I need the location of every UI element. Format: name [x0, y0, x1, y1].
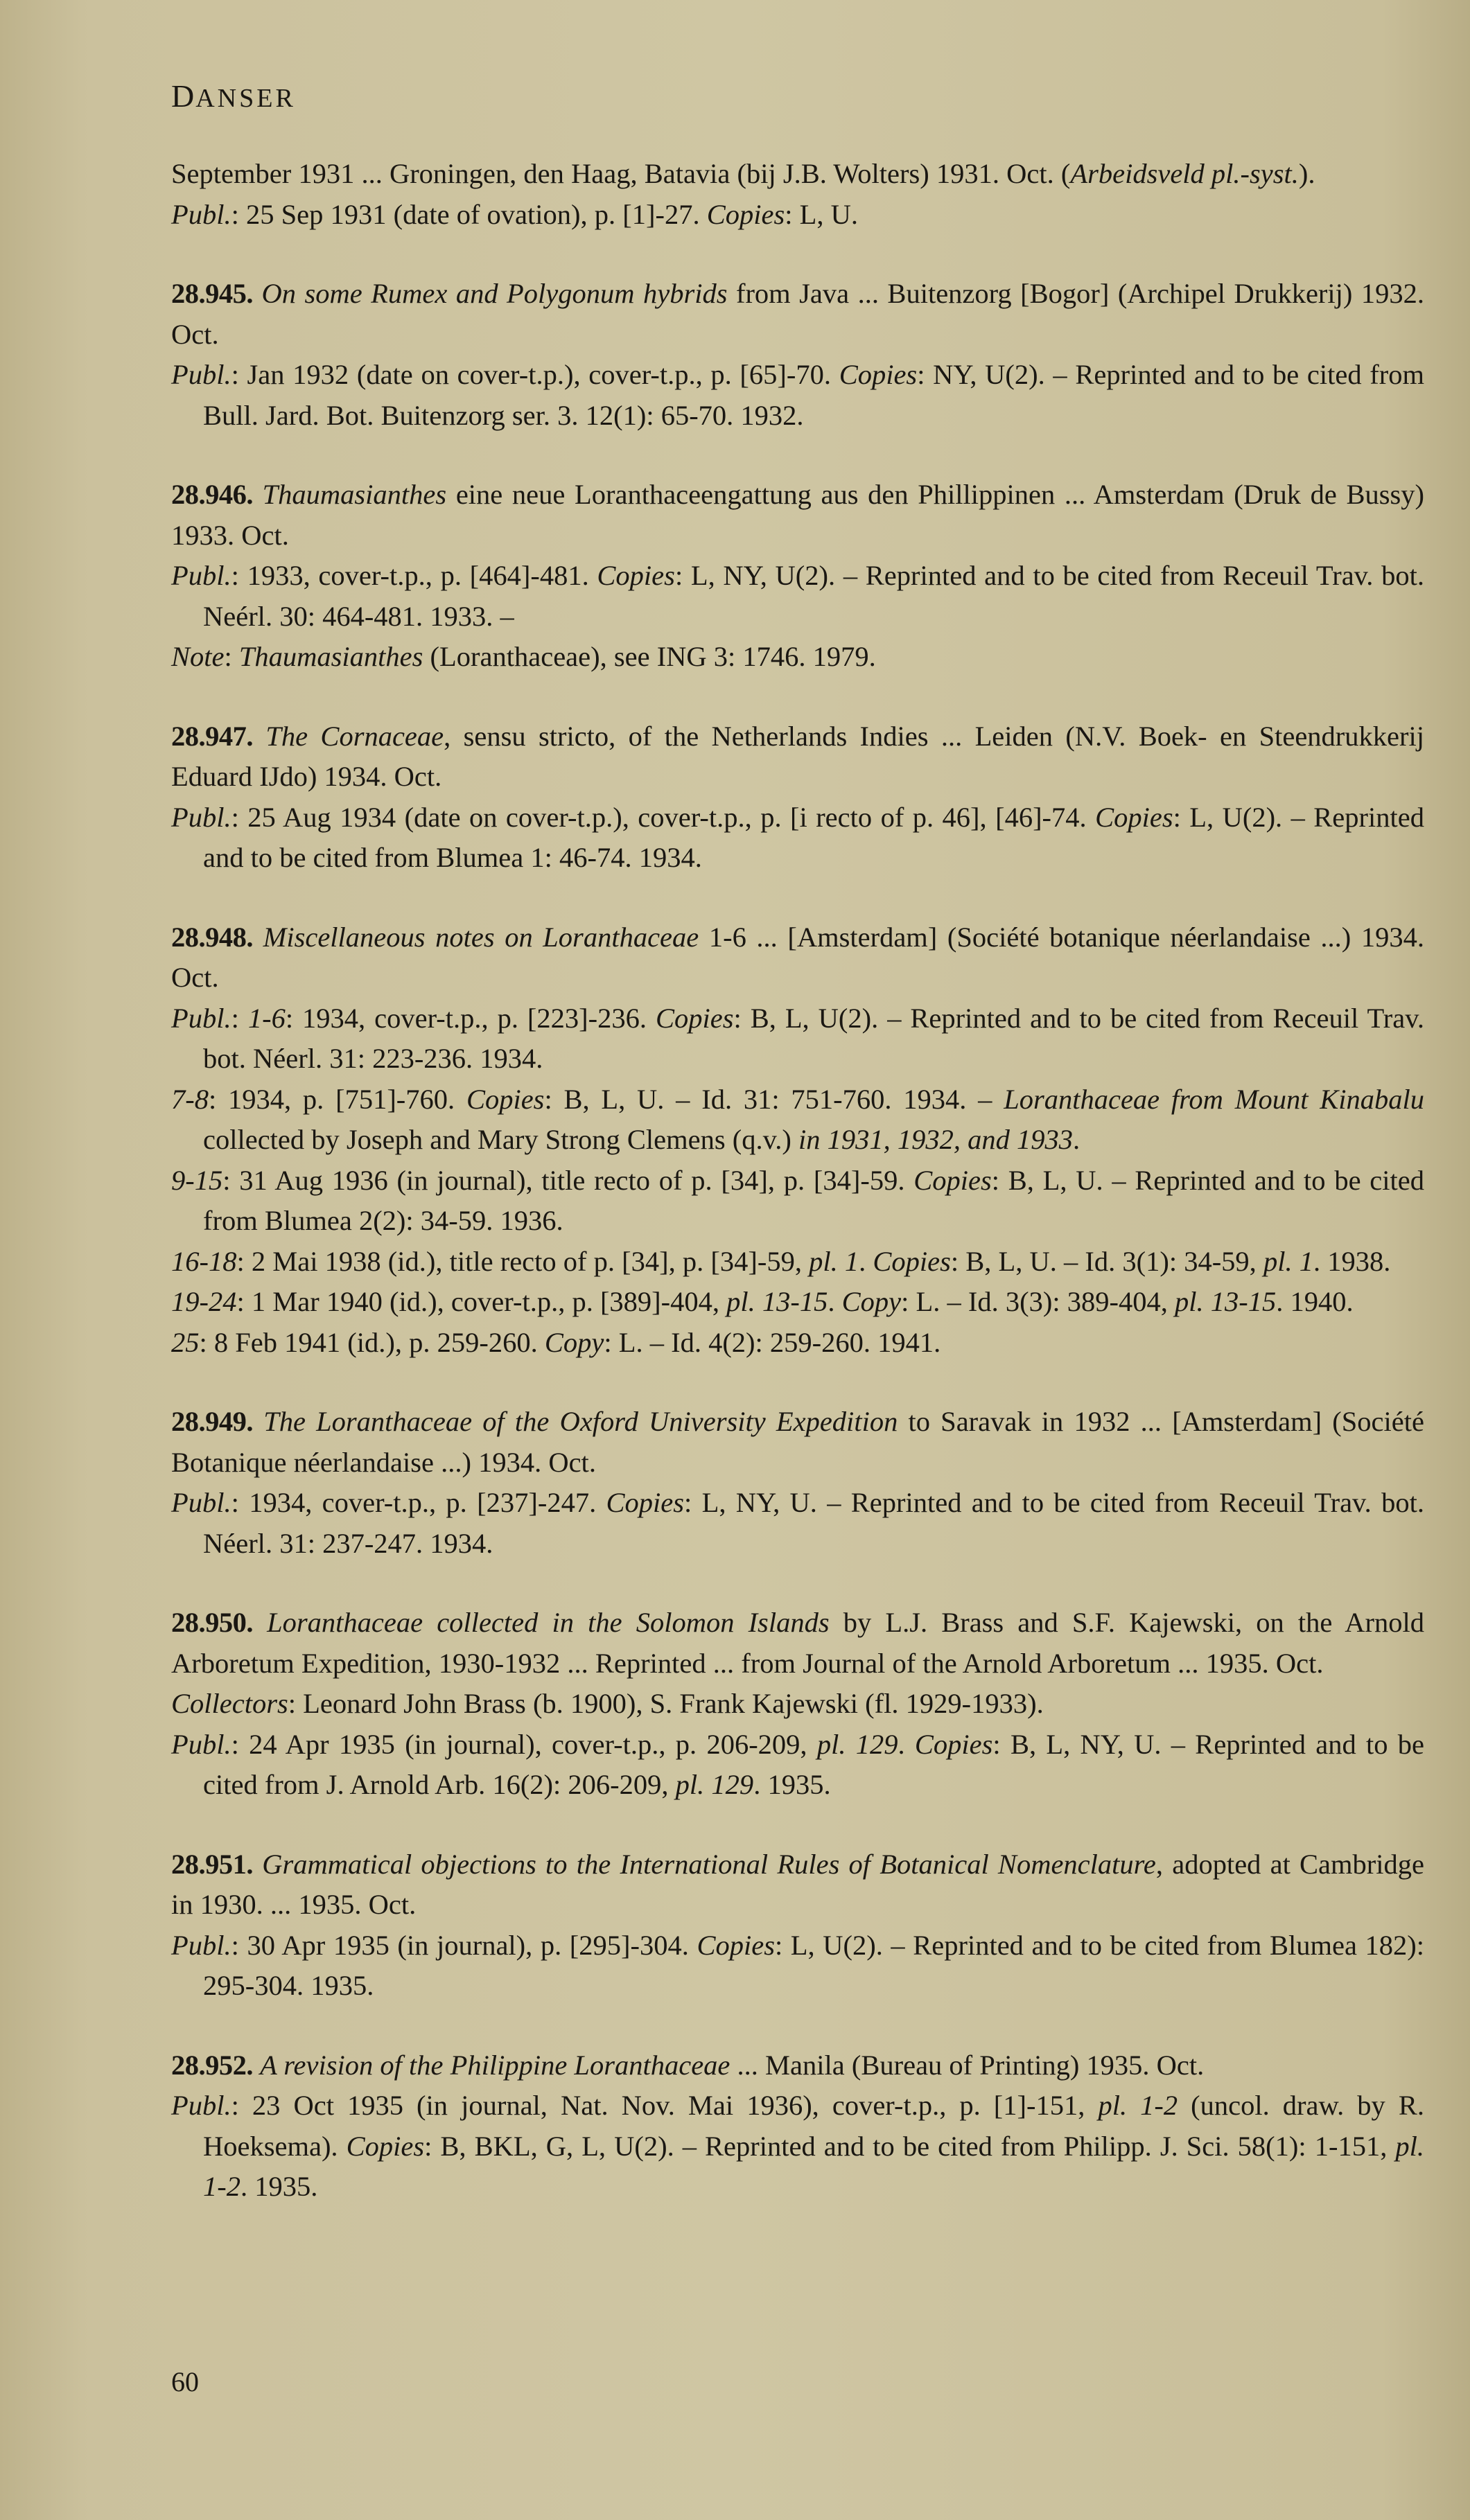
part-line-9-15: 9-15: 31 Aug 1936 (in journal), title re… [171, 1161, 1424, 1242]
entry-title: 28.945. On some Rumex and Polygonum hybr… [171, 274, 1424, 355]
entry-number: 28.950. [171, 1607, 253, 1638]
entry-28-946: 28.946. Thaumasianthes eine neue Loranth… [171, 475, 1424, 678]
entry-28-950: 28.950. Loranthaceae collected in the So… [171, 1603, 1424, 1806]
entry-28-947: 28.947. The Cornaceae, sensu stricto, of… [171, 716, 1424, 879]
part-line-1-6: Publ.: 1-6: 1934, cover-t.p., p. [223]-2… [171, 998, 1424, 1080]
continued-entry: September 1931 ... Groningen, den Haag, … [171, 154, 1424, 235]
part-line-7-8: 7-8: 1934, p. [751]-760. Copies: B, L, U… [171, 1080, 1424, 1161]
entry-number: 28.951. [171, 1849, 253, 1880]
part-line-25: 25: 8 Feb 1941 (id.), p. 259-260. Copy: … [171, 1323, 1424, 1364]
note-line: Note: Thaumasianthes (Loranthaceae), see… [171, 637, 1424, 678]
entry-number: 28.952. [171, 2050, 253, 2081]
entry-number: 28.946. [171, 479, 253, 510]
publication-line: Publ.: 1934, cover-t.p., p. [237]-247. C… [171, 1483, 1424, 1564]
part-line-19-24: 19-24: 1 Mar 1940 (id.), cover-t.p., p. … [171, 1282, 1424, 1323]
entry-28-945: 28.945. On some Rumex and Polygonum hybr… [171, 274, 1424, 436]
entry-28-949: 28.949. The Loranthaceae of the Oxford U… [171, 1402, 1424, 1564]
entry-28-948: 28.948. Miscellaneous notes on Loranthac… [171, 917, 1424, 1364]
entry-number: 28.947. [171, 721, 253, 752]
entry-title: 28.947. The Cornaceae, sensu stricto, of… [171, 716, 1424, 798]
publication-line: Publ.: 25 Aug 1934 (date on cover-t.p.),… [171, 798, 1424, 879]
entry-title: 28.949. The Loranthaceae of the Oxford U… [171, 1402, 1424, 1483]
running-head-rest: ANSER [195, 84, 296, 113]
publication-line: Publ.: 24 Apr 1935 (in journal), cover-t… [171, 1725, 1424, 1806]
entry-28-952: 28.952. A revision of the Philippine Lor… [171, 2045, 1424, 2208]
part-line-16-18: 16-18: 2 Mai 1938 (id.), title recto of … [171, 1242, 1424, 1283]
entry-number: 28.945. [171, 278, 253, 309]
entry-number: 28.948. [171, 922, 253, 953]
entry-title: 28.948. Miscellaneous notes on Loranthac… [171, 917, 1424, 998]
publication-line: Publ.: 25 Sep 1931 (date of ovation), p.… [171, 195, 1424, 236]
running-head: DANSER [171, 78, 296, 114]
publication-line: Publ.: 30 Apr 1935 (in journal), p. [295… [171, 1926, 1424, 2007]
page-number: 60 [171, 2365, 199, 2398]
entry-title: 28.951. Grammatical objections to the In… [171, 1844, 1424, 1926]
entry-title: 28.950. Loranthaceae collected in the So… [171, 1603, 1424, 1684]
publication-line: Publ.: 23 Oct 1935 (in journal, Nat. Nov… [171, 2086, 1424, 2208]
entry-title: 28.946. Thaumasianthes eine neue Loranth… [171, 475, 1424, 556]
publication-line: Publ.: Jan 1932 (date on cover-t.p.), co… [171, 355, 1424, 436]
entry-28-951: 28.951. Grammatical objections to the In… [171, 1844, 1424, 2007]
entry-title: 28.952. A revision of the Philippine Lor… [171, 2045, 1424, 2086]
collectors-line: Collectors: Leonard John Brass (b. 1900)… [171, 1684, 1424, 1725]
continued-title: September 1931 ... Groningen, den Haag, … [171, 154, 1424, 195]
bibliography-body: September 1931 ... Groningen, den Haag, … [171, 154, 1424, 2208]
publication-line: Publ.: 1933, cover-t.p., p. [464]-481. C… [171, 556, 1424, 637]
running-head-initial: D [171, 78, 195, 114]
entry-number: 28.949. [171, 1406, 253, 1437]
